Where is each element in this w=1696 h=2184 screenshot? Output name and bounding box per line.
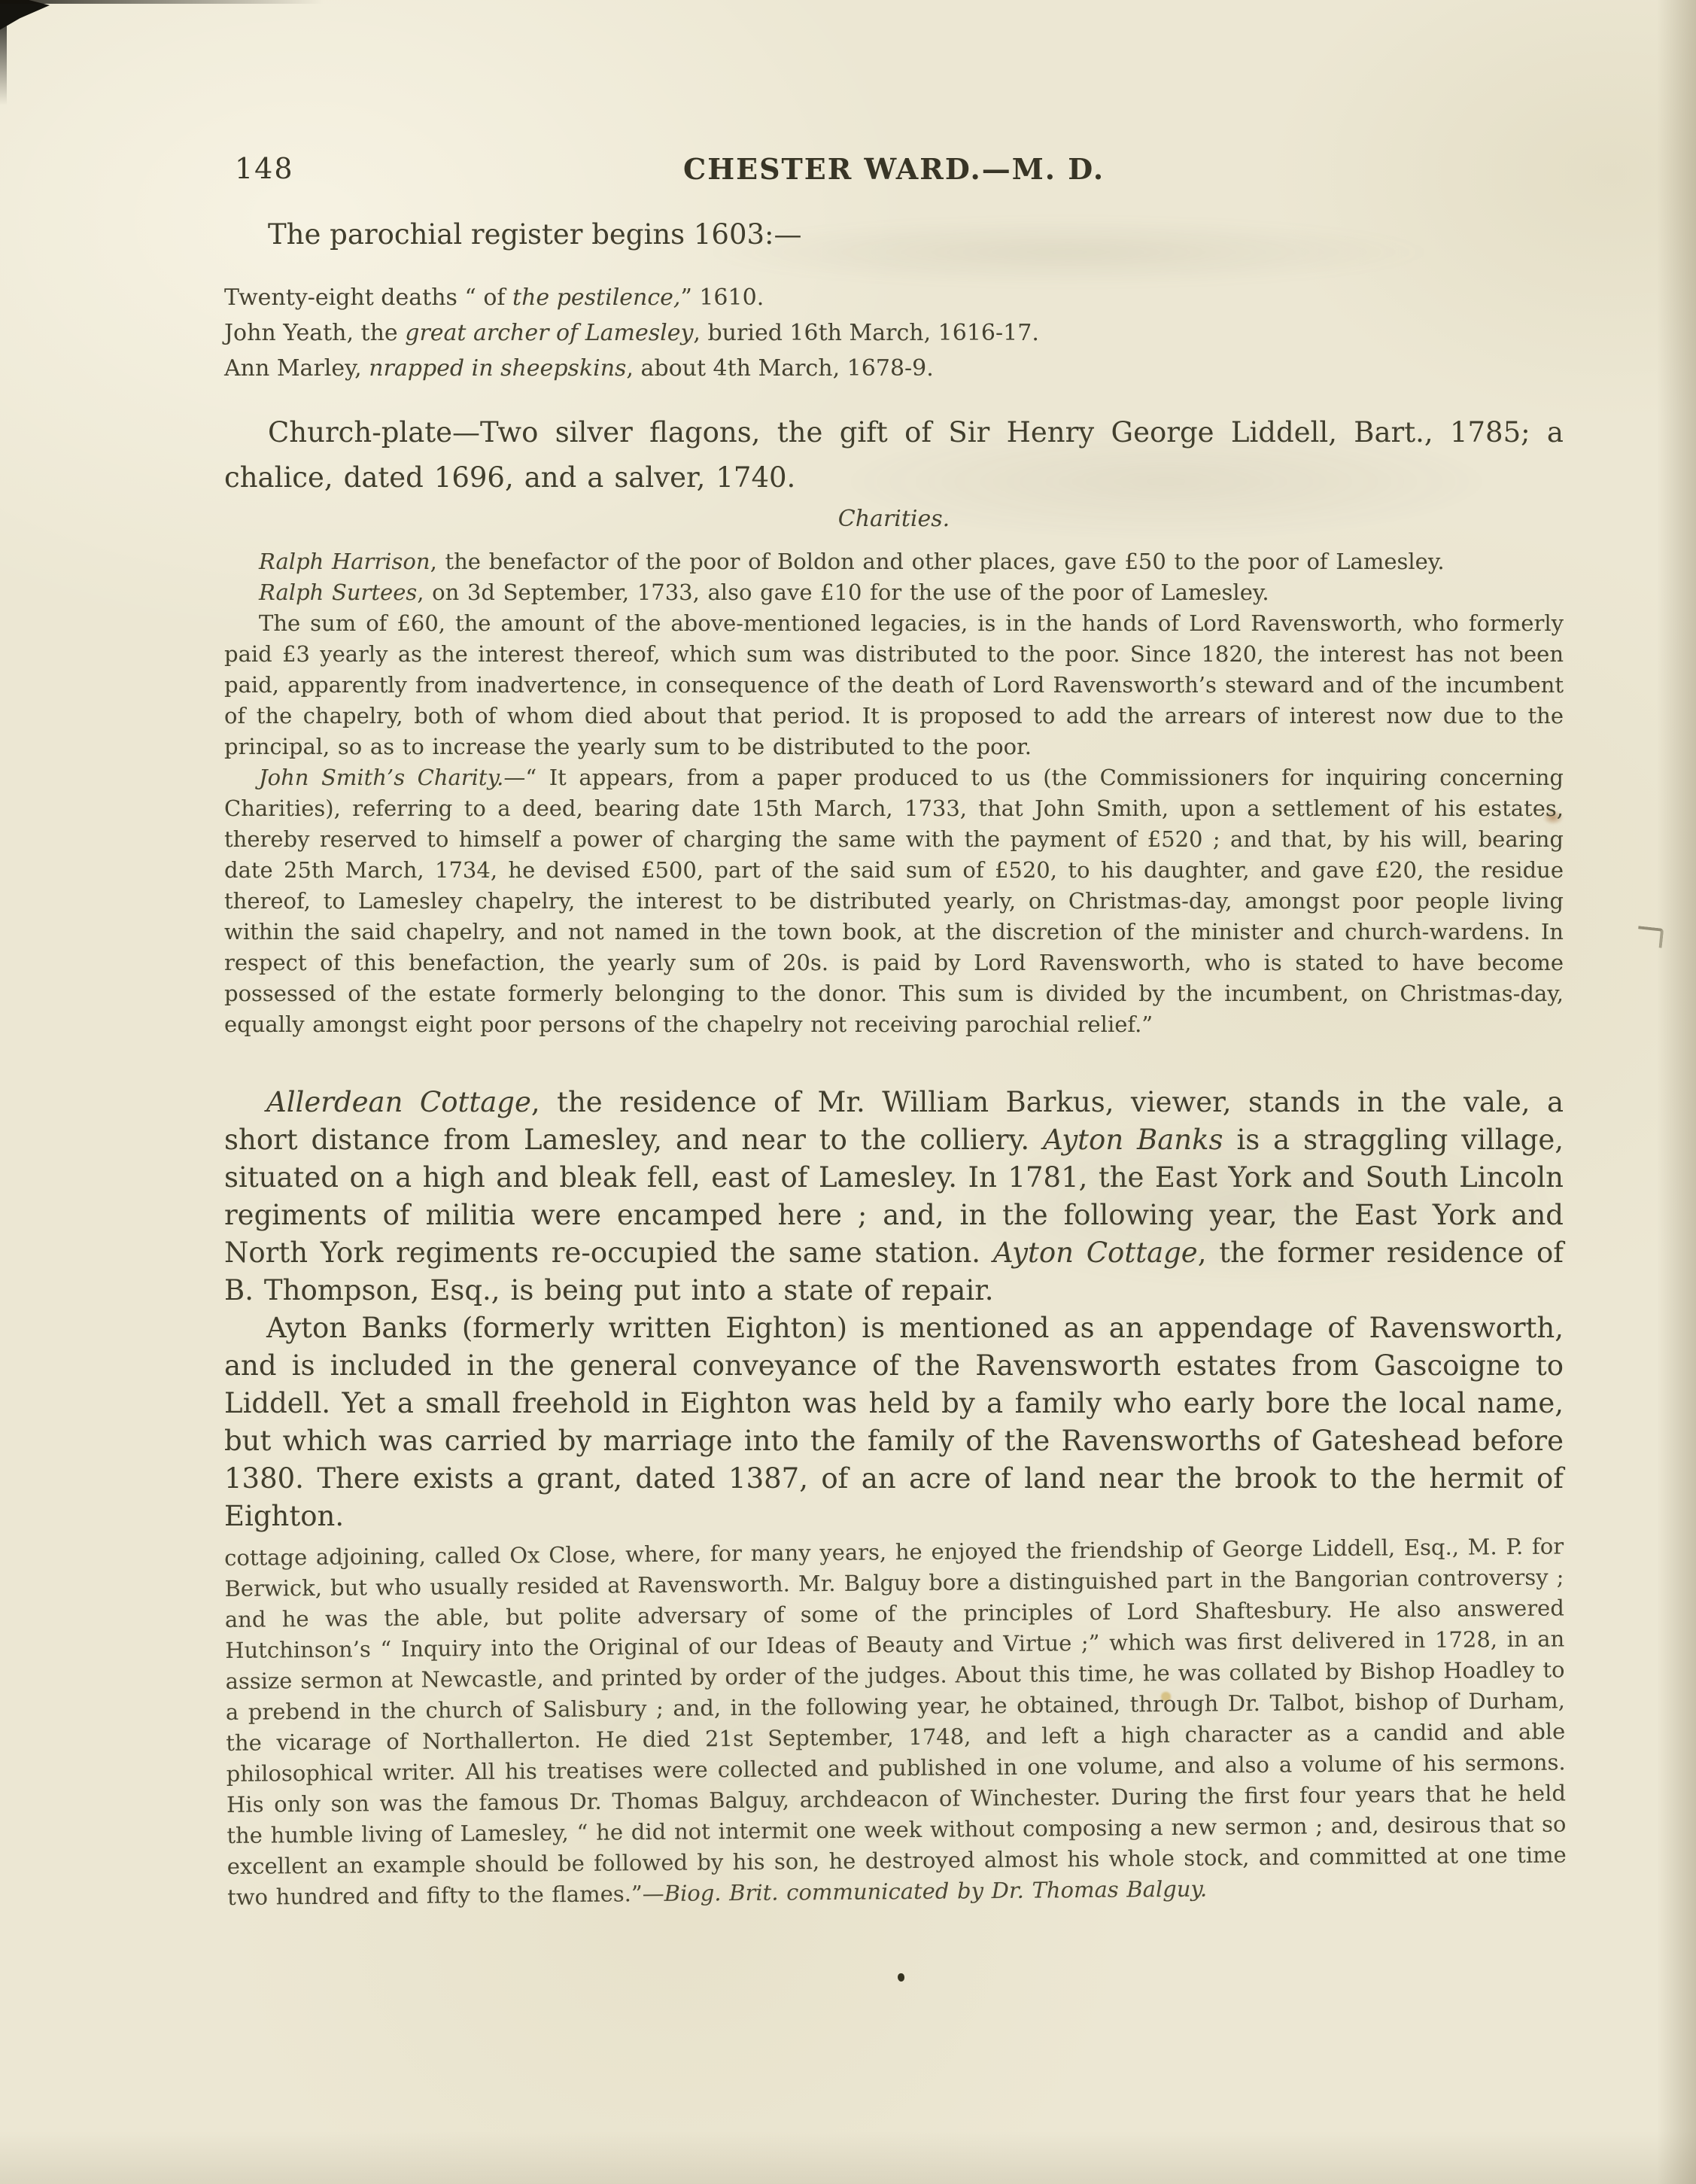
register-entry: Ann Marley, nrapped in sheepskins, about… — [224, 351, 1564, 386]
body-paragraph: Ayton Banks (formerly written Eighton) i… — [224, 1309, 1564, 1535]
footnote-paragraph: cottage adjoining, called Ox Close, wher… — [224, 1531, 1567, 1913]
body-paragraph: Allerdean Cottage, the residence of Mr. … — [224, 1084, 1564, 1309]
page-edge-shadow — [1657, 0, 1696, 2184]
ink-spot — [898, 1973, 904, 1982]
scan-corner-artifact — [0, 0, 50, 33]
charity-paragraph: The sum of £60, the amount of the above-… — [224, 608, 1564, 762]
charity-paragraph: Ralph Surtees, on 3d September, 1733, al… — [224, 577, 1564, 608]
page-header: 148 CHESTER WARD.—M. D. — [224, 152, 1564, 190]
charity-paragraph: Ralph Harrison, the benefactor of the po… — [224, 546, 1564, 577]
register-entry: John Yeath, the great archer of Lamesley… — [224, 315, 1564, 351]
register-entry: Twenty-eight deaths “ of the pestilence,… — [224, 280, 1564, 315]
body-text: Allerdean Cottage, the residence of Mr. … — [224, 1084, 1564, 1535]
scan-edge-artifact — [0, 0, 7, 105]
charities-section: Ralph Harrison, the benefactor of the po… — [224, 546, 1564, 1040]
running-title: CHESTER WARD.—M. D. — [224, 152, 1564, 186]
page-number: 148 — [235, 152, 294, 185]
charity-paragraph: John Smith’s Charity.—“ It appears, from… — [224, 762, 1564, 1040]
footnote: cottage adjoining, called Ox Close, wher… — [224, 1531, 1567, 1913]
page-edge-shadow — [0, 2131, 1696, 2184]
church-plate-paragraph: Church-plate—Two silver flagons, the gif… — [224, 410, 1564, 500]
register-entries: Twenty-eight deaths “ of the pestilence,… — [224, 280, 1564, 386]
scan-edge-artifact — [0, 0, 324, 4]
intro-line: The parochial register begins 1603:— — [224, 218, 1607, 251]
scanned-book-page: 148 CHESTER WARD.—M. D. The parochial re… — [0, 0, 1696, 2184]
charities-heading: Charities. — [224, 506, 1564, 532]
pencil-mark — [1637, 926, 1664, 948]
